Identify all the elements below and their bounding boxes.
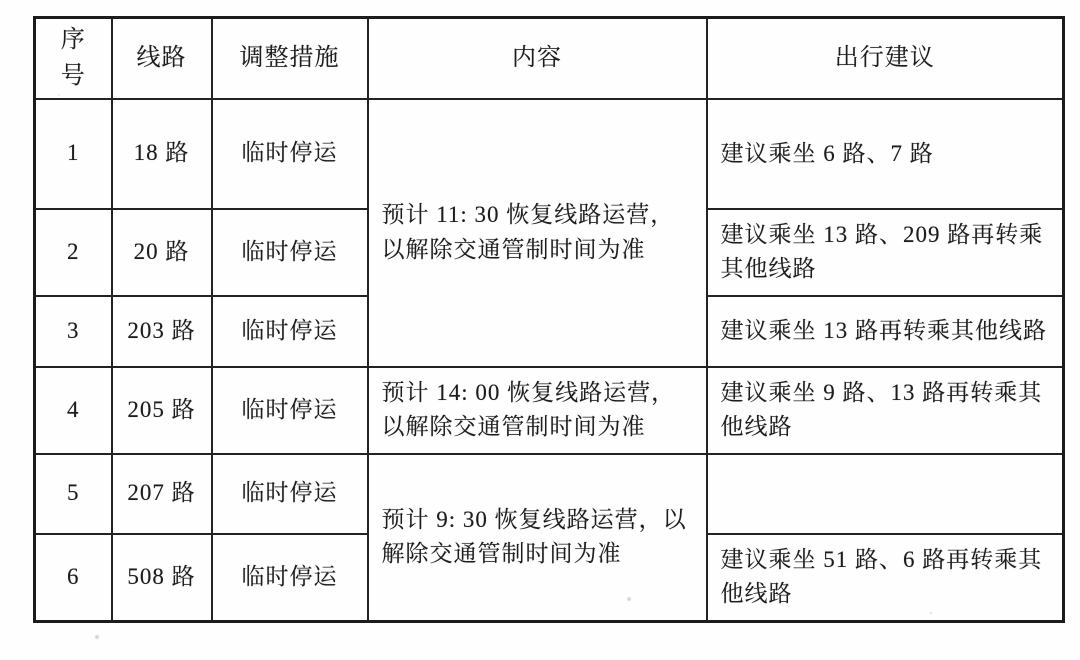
row-5-route: 207 路: [112, 454, 212, 534]
row-4-route: 205 路: [112, 367, 212, 454]
row-4-suggestion: 建议乘坐 9 路、13 路再转乘其他线路: [707, 367, 1064, 454]
row-6-suggestion: 建议乘坐 51 路、6 路再转乘其他线路: [707, 534, 1064, 622]
row-3-measure: 临时停运: [212, 296, 368, 367]
bus-route-adjustment-table: 序 号 线路 调整措施 内容 出行建议 1 18 路 临时停运 预计 11: 3…: [33, 16, 1065, 623]
row-5-suggestion: [707, 454, 1064, 534]
table-row-1: 1 18 路 临时停运 预计 11: 30 恢复线路运营，以解除交通管制时间为准…: [35, 99, 1064, 209]
row-3-route: 203 路: [112, 296, 212, 367]
row-6-route: 508 路: [112, 534, 212, 622]
content-cell-row-4: 预计 14: 00 恢复线路运营，以解除交通管制时间为准: [368, 367, 707, 454]
row-1-route: 18 路: [112, 99, 212, 209]
header-route: 线路: [112, 18, 212, 99]
table-row-4: 4 205 路 临时停运 预计 14: 00 恢复线路运营，以解除交通管制时间为…: [35, 367, 1064, 454]
content-cell-rows-5-6: 预计 9: 30 恢复线路运营，以解除交通管制时间为准: [368, 454, 707, 622]
header-travel-suggestion: 出行建议: [707, 18, 1064, 99]
row-1-measure: 临时停运: [212, 99, 368, 209]
content-cell-rows-1-3: 预计 11: 30 恢复线路运营，以解除交通管制时间为准: [368, 99, 707, 367]
row-5-measure: 临时停运: [212, 454, 368, 534]
header-serial-number: 序 号: [35, 18, 112, 99]
row-1-serial: 1: [35, 99, 112, 209]
table-row-5: 5 207 路 临时停运 预计 9: 30 恢复线路运营，以解除交通管制时间为准: [35, 454, 1064, 534]
row-2-serial: 2: [35, 209, 112, 296]
row-6-serial: 6: [35, 534, 112, 622]
scanned-notice-page: 序 号 线路 调整措施 内容 出行建议 1 18 路 临时停运 预计 11: 3…: [0, 0, 1080, 660]
row-3-serial: 3: [35, 296, 112, 367]
row-2-route: 20 路: [112, 209, 212, 296]
row-3-suggestion: 建议乘坐 13 路再转乘其他线路: [707, 296, 1064, 367]
table-header-row: 序 号 线路 调整措施 内容 出行建议: [35, 18, 1064, 99]
scan-noise-speckles: [0, 0, 2, 2]
row-1-suggestion: 建议乘坐 6 路、7 路: [707, 99, 1064, 209]
row-2-suggestion: 建议乘坐 13 路、209 路再转乘其他线路: [707, 209, 1064, 296]
row-6-measure: 临时停运: [212, 534, 368, 622]
row-2-measure: 临时停运: [212, 209, 368, 296]
row-4-measure: 临时停运: [212, 367, 368, 454]
header-adjustment-measure: 调整措施: [212, 18, 368, 99]
row-5-serial: 5: [35, 454, 112, 534]
row-4-serial: 4: [35, 367, 112, 454]
header-content: 内容: [368, 18, 707, 99]
